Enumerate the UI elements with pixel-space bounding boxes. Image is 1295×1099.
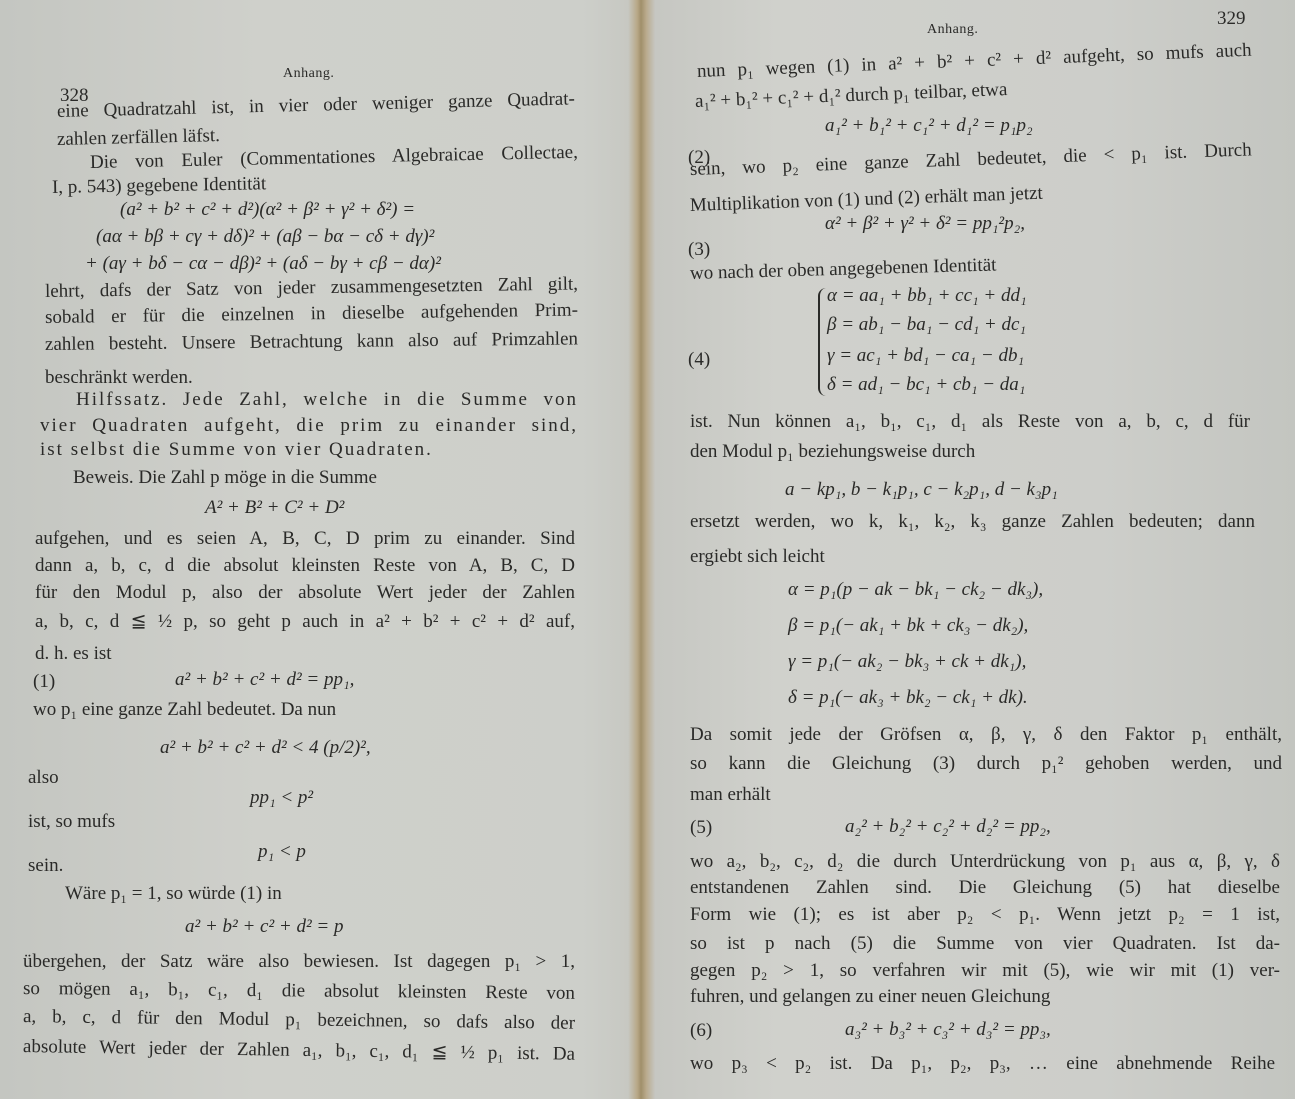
- text-line: zahlen besteht. Unsere Betrachtung kann …: [45, 327, 578, 357]
- equation-line: a₁² + b₁² + c₁² + d₁² = p₁p₂: [825, 114, 1033, 138]
- text-line: wo nach der oben angegebenen Identität: [690, 253, 997, 286]
- book-spread: 328 Anhang. eine Quadratzahl ist, in vie…: [0, 0, 1295, 1099]
- text-line: ersetzt werden, wo k, k₁, k₂, k₃ ganze Z…: [690, 510, 1255, 534]
- running-head: Anhang.: [927, 18, 978, 42]
- equation-label: (1): [33, 670, 55, 694]
- text-line: a, b, c, d ≦ ½ p, so geht p auch in a² +…: [35, 610, 575, 634]
- text-line: vier Quadraten aufgeht, die prim zu eina…: [40, 414, 578, 438]
- equation-line: δ = p₁(− ak₃ + bk₂ − ck₁ + dk).: [788, 686, 1028, 710]
- equation-line: p₁ < p: [258, 840, 306, 864]
- equation-line: δ = ad₁ − bc₁ + cb₁ − da₁: [827, 373, 1025, 397]
- text-line: a, b, c, d für den Modul p₁ bezeichnen, …: [23, 1005, 575, 1036]
- equation-line: (aα + bβ + cγ + dδ)² + (aβ − bα − cδ + d…: [96, 225, 434, 249]
- equation-label: (6): [690, 1019, 712, 1043]
- equation-line: a² + b² + c² + d² = pp₁,: [175, 668, 354, 692]
- text-line: I, p. 543) gegebene Identität: [52, 172, 267, 200]
- text-line: für den Modul p, also der absolute Wert …: [35, 581, 575, 605]
- text-line: wo a₂, b₂, c₂, d₂ die durch Unterdrückun…: [690, 850, 1280, 874]
- text-line: sobald er für die einzelnen in dieselbe …: [45, 299, 578, 330]
- text-line: Wäre p₁ = 1, so würde (1) in: [65, 882, 282, 906]
- equation-line: γ = p₁(− ak₂ − bk₃ + ck + dk₁),: [788, 650, 1026, 674]
- right-page: Anhang. 329 nun p₁ wegen (1) in a² + b² …: [645, 0, 1295, 1099]
- text-line: also: [28, 766, 59, 790]
- text-line: übergehen, der Satz wäre also bewiesen. …: [23, 950, 575, 974]
- equation-label: (3): [688, 238, 710, 262]
- text-line: Da somit jede der Gröfsen α, β, γ, δ den…: [690, 723, 1282, 747]
- text-line: man erhält: [690, 783, 771, 807]
- text-line: d. h. es ist: [35, 642, 112, 666]
- equation-line: α² + β² + γ² + δ² = pp₁²p₂,: [825, 212, 1025, 236]
- text-line: fuhren, und gelangen zu einer neuen Glei…: [690, 985, 1050, 1009]
- equation-line: β = p₁(− ak₁ + bk + ck₃ − dk₂),: [788, 614, 1028, 638]
- text-line: wo p₁ eine ganze Zahl bedeutet. Da nun: [33, 698, 336, 722]
- text-line: beschränkt werden.: [45, 366, 193, 390]
- text-line: dann a, b, c, d die absolut kleinsten Re…: [35, 554, 575, 578]
- left-page: 328 Anhang. eine Quadratzahl ist, in vie…: [0, 0, 625, 1099]
- text-line: ist. Nun können a₁, b₁, c₁, d₁ als Reste…: [690, 410, 1250, 434]
- text-line: absolute Wert jeder der Zahlen a₁, b₁, c…: [23, 1035, 575, 1067]
- equation-line: a₂² + b₂² + c₂² + d₂² = pp₂,: [845, 815, 1051, 839]
- text-line: Form wie (1); es ist aber p₂ < p₁. Wenn …: [690, 903, 1280, 927]
- equation-line: α = p₁(p − ak − bk₁ − ck₂ − dk₃),: [788, 578, 1043, 602]
- text-line: ist, so mufs: [28, 810, 115, 834]
- text-line: a₁² + b₁² + c₁² + d₁² durch p₁ teilbar, …: [695, 78, 1008, 114]
- text-line: aufgehen, und es seien A, B, C, D prim z…: [35, 527, 575, 551]
- equation-line: β = ab₁ − ba₁ − cd₁ + dc₁: [827, 313, 1026, 337]
- text-line: so mögen a₁, b₁, c₁, d₁ die absolut klei…: [23, 977, 575, 1006]
- running-head: Anhang.: [283, 62, 334, 86]
- equation-label: (4): [688, 348, 710, 372]
- text-line: den Modul p₁ beziehungsweise durch: [690, 440, 975, 464]
- equation-line: a − kp₁, b − k₁p₁, c − k₂p₁, d − k₃p₁: [785, 478, 1058, 502]
- equation-label: (5): [690, 816, 712, 840]
- text-line: sein, wo p₂ eine ganze Zahl bedeutet, di…: [690, 138, 1252, 182]
- equation-line: a² + b² + c² + d² < 4 (p/2)²,: [160, 736, 371, 760]
- text-line: ergiebt sich leicht: [690, 545, 825, 569]
- text-line: gegen p₂ > 1, so verfahren wir mit (5), …: [690, 959, 1280, 983]
- text-line: so kann die Gleichung (3) durch p₁² geho…: [690, 752, 1282, 776]
- equation-line: a₃² + b₃² + c₃² + d₃² = pp₃,: [845, 1018, 1051, 1042]
- equation-line: (a² + b² + c² + d²)(α² + β² + γ² + δ²) =: [120, 198, 415, 222]
- text-line: nun p₁ wegen (1) in a² + b² + c² + d² au…: [697, 39, 1253, 84]
- text-line: sein.: [28, 854, 63, 878]
- equation-line: a² + b² + c² + d² = p: [185, 915, 344, 939]
- text-line: so ist p nach (5) die Summe von vier Qua…: [690, 932, 1280, 956]
- proof-heading: Beweis. Die Zahl p möge in die Summe: [73, 466, 377, 490]
- lemma-heading: Hilfssatz. Jede Zahl, welche in die Summ…: [76, 388, 578, 412]
- equation-line: γ = ac₁ + bd₁ − ca₁ − db₁: [827, 344, 1024, 368]
- page-number: 329: [1217, 7, 1246, 31]
- equation-line: + (aγ + bδ − cα − dβ)² + (aδ − bγ + cβ −…: [85, 252, 441, 276]
- text-line: wo p₃ < p₂ ist. Da p₁, p₂, p₃, … eine ab…: [690, 1052, 1275, 1076]
- equation-line: pp₁ < p²: [250, 786, 313, 810]
- equation-line: A² + B² + C² + D²: [205, 496, 344, 520]
- text-line: ist selbst die Summe von vier Quadraten.: [40, 438, 433, 462]
- text-line: entstandenen Zahlen sind. Die Gleichung …: [690, 876, 1280, 900]
- equation-line: α = aa₁ + bb₁ + cc₁ + dd₁: [827, 284, 1027, 308]
- text-line: eine Quadratzahl ist, in vier oder wenig…: [57, 87, 575, 124]
